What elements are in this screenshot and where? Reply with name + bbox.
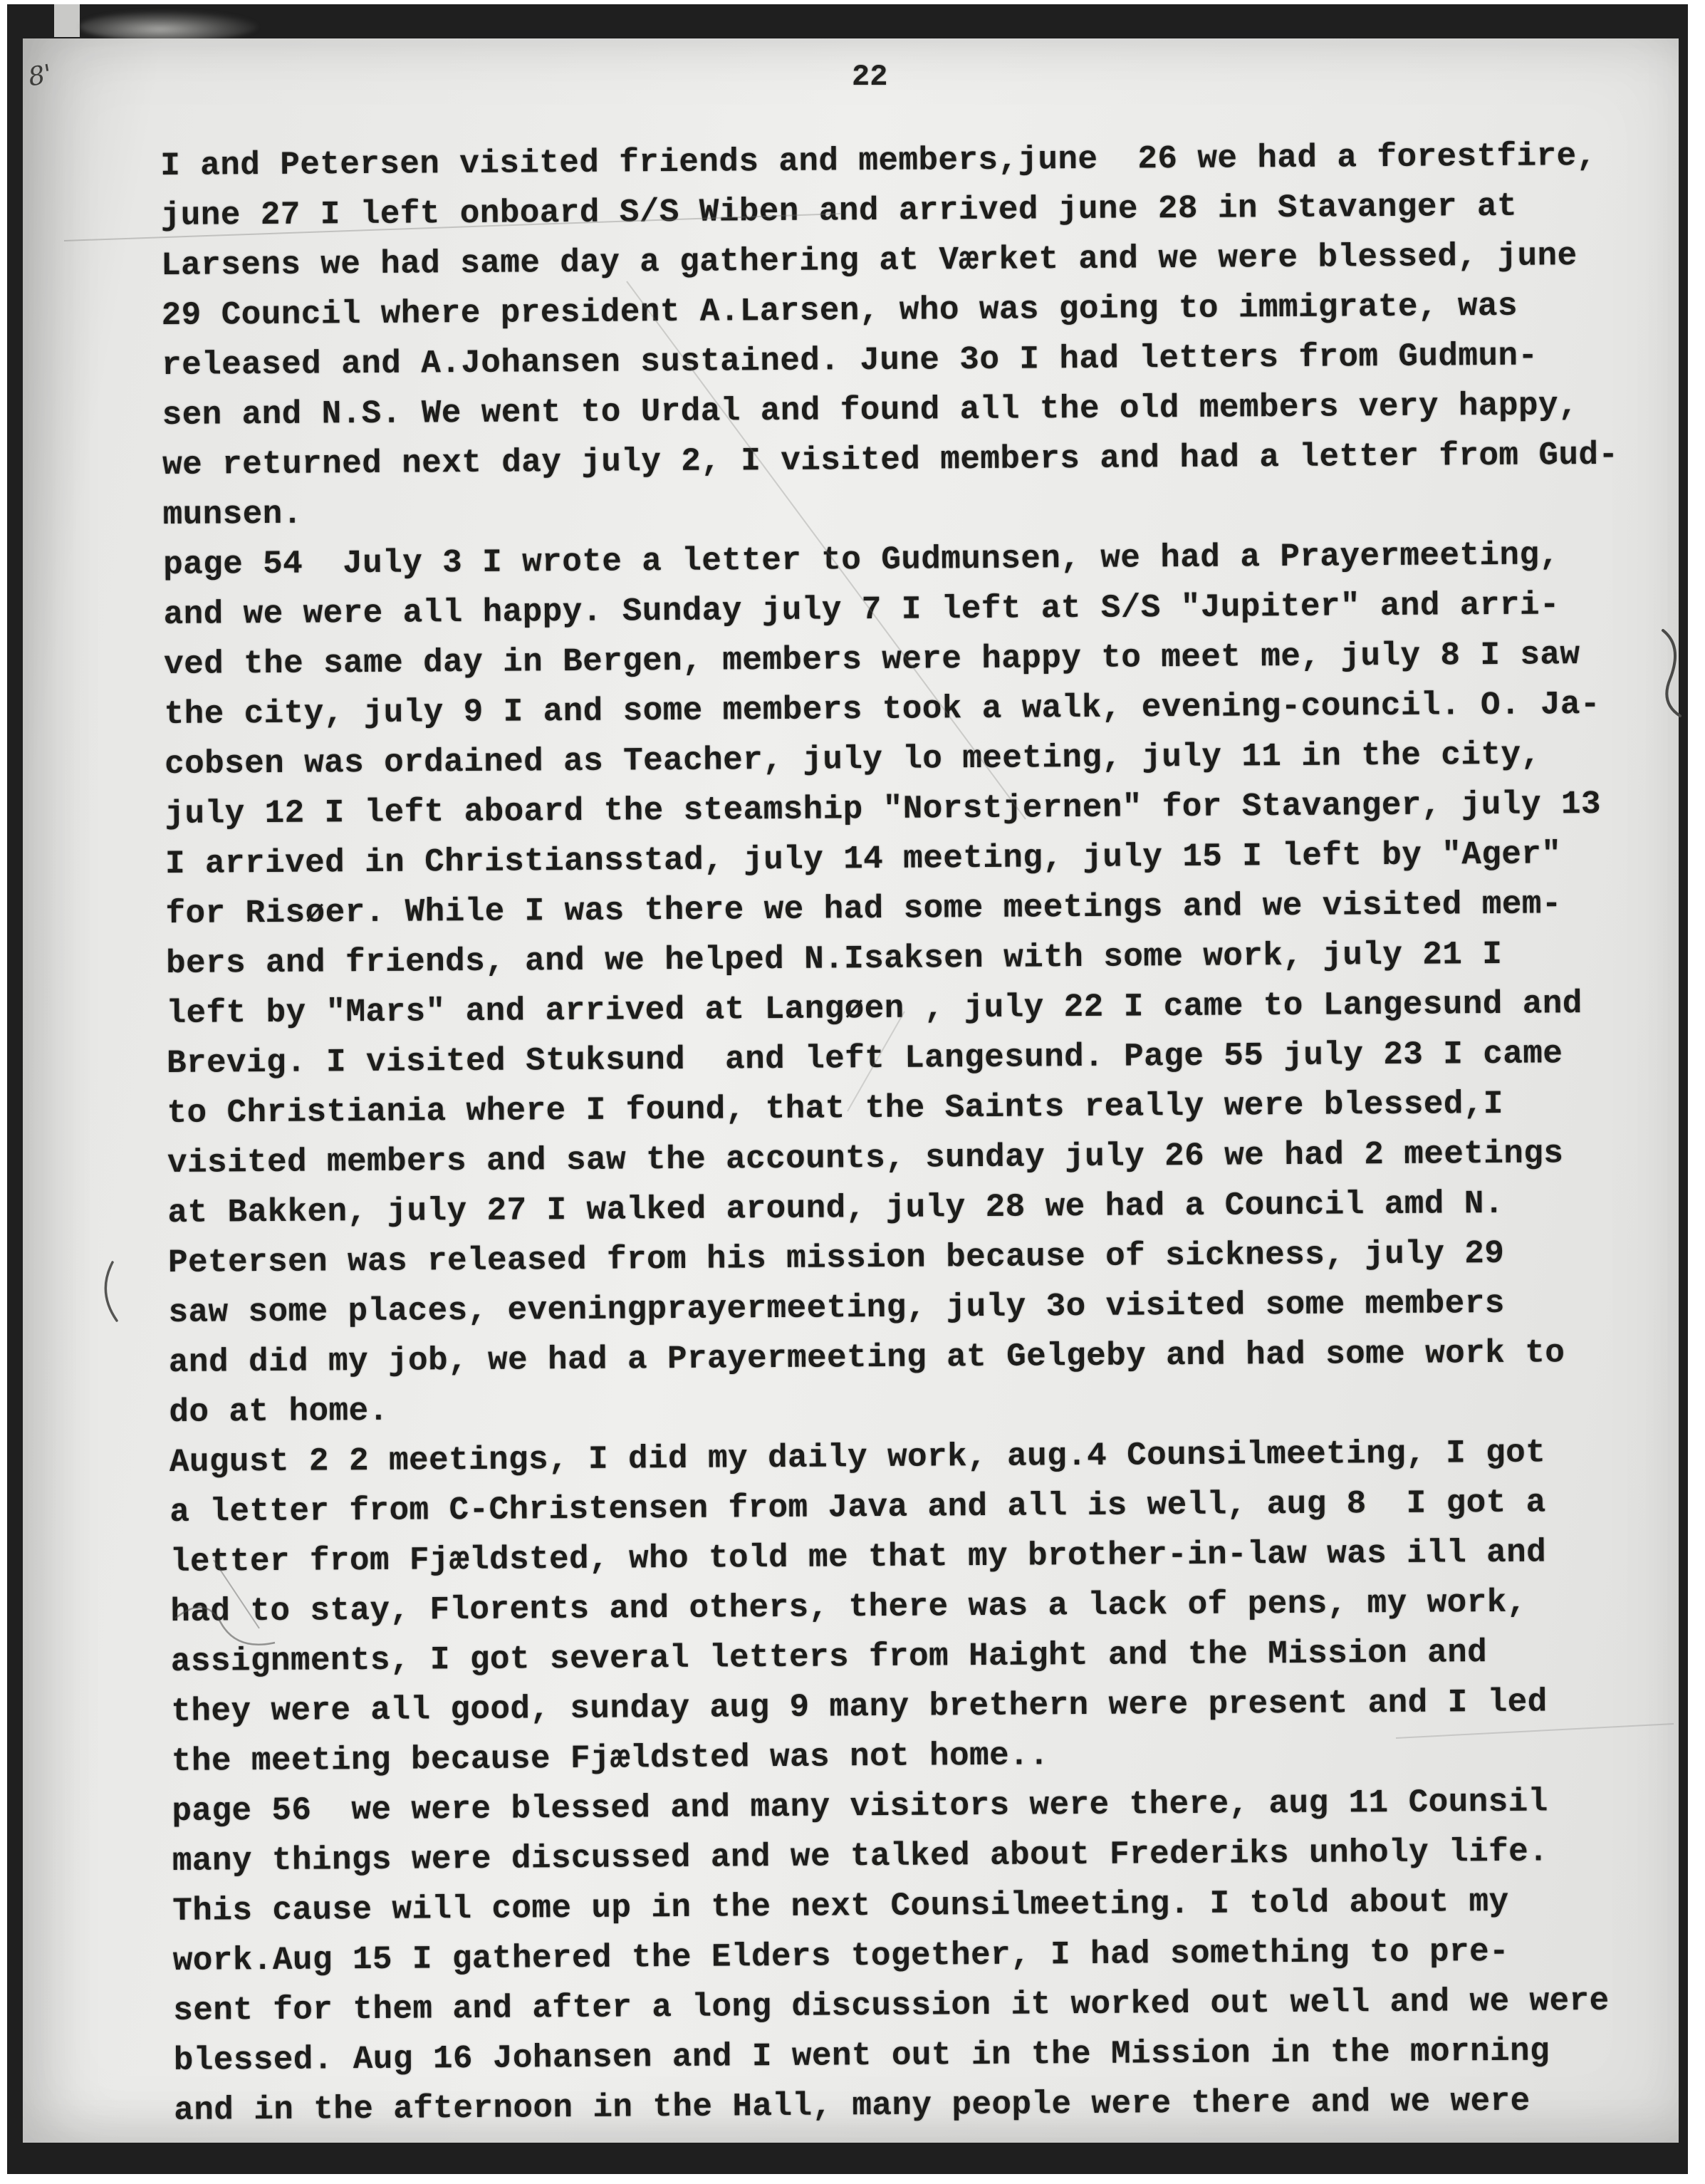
page-number: 22 xyxy=(852,60,887,94)
scanned-document-page: 22 8' I and Petersen visited friends and… xyxy=(0,0,1705,2184)
typewritten-line: and in the afternoon in the Hall, many p… xyxy=(174,2075,1662,2136)
scan-edge-smudge xyxy=(80,11,258,41)
typewritten-line: and did my job, we had a Prayermeeting a… xyxy=(169,1327,1657,1388)
typewritten-text-block: I and Petersen visited friends and membe… xyxy=(160,130,1662,2136)
typewritten-line: we returned next day july 2, I visited m… xyxy=(162,430,1651,490)
typewritten-line: they were all good, sunday aug 9 many br… xyxy=(171,1676,1659,1737)
scan-edge-notch xyxy=(54,4,80,37)
handwritten-margin-mark: 8' xyxy=(26,59,54,92)
